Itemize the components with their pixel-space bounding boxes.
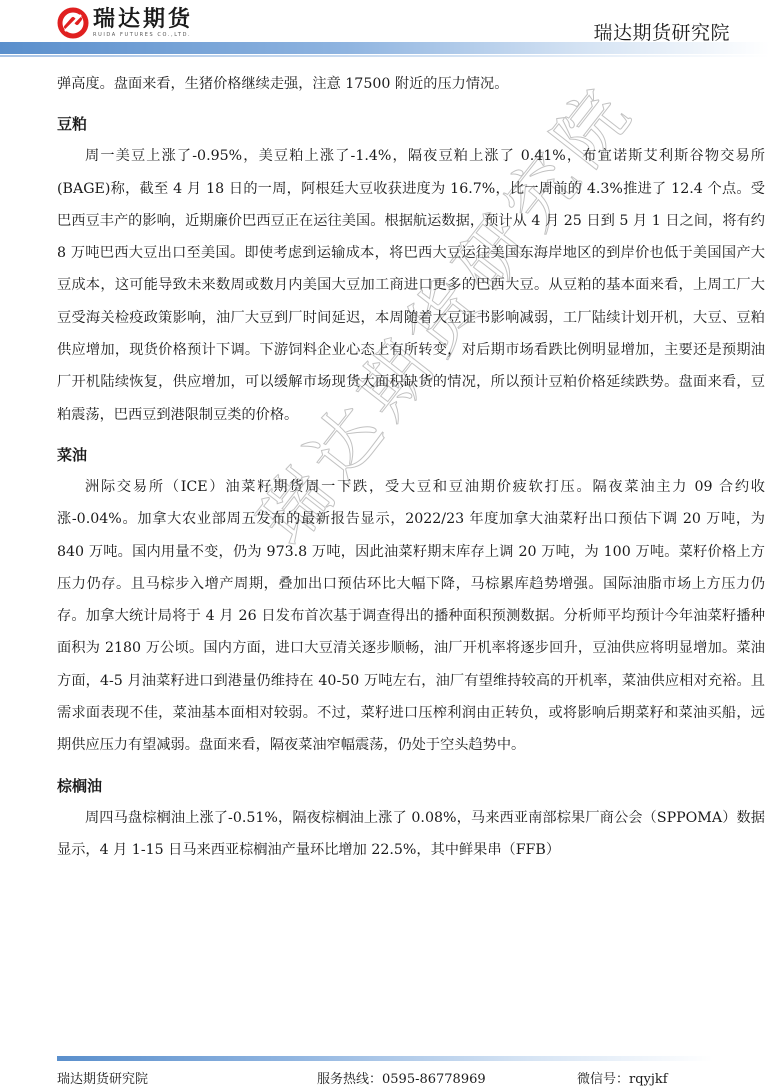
footer-wechat: 微信号：rqyjkf [577, 1068, 668, 1087]
footer-org: 瑞达期货研究院 [57, 1068, 148, 1087]
page-footer: 瑞达期货研究院 服务热线：0595-86778969 微信号：rqyjkf [57, 1068, 713, 1088]
header-title: 瑞达期货研究院 [593, 18, 730, 45]
section-body-rapeseed-oil: 洲际交易所（ICE）油菜籽期货周一下跌，受大豆和豆油期价疲软打压。隔夜菜油主力 … [57, 471, 765, 762]
document-body: 弹高度。盘面来看，生猪价格继续走强，注意 17500 附近的压力情况。 豆粕 周… [57, 68, 765, 866]
section-title-rapeseed-oil: 菜油 [57, 445, 765, 465]
section-body-palm-oil: 周四马盘棕榈油上涨了-0.51%，隔夜棕榈油上涨了 0.08%，马来西亚南部棕果… [57, 802, 765, 867]
section-rapeseed-oil: 菜油 洲际交易所（ICE）油菜籽期货周一下跌，受大豆和豆油期价疲软打压。隔夜菜油… [57, 445, 765, 762]
section-body-soymeal: 周一美豆上涨了-0.95%，美豆粕上涨了-1.4%，隔夜豆粕上涨了 0.41%，… [57, 140, 765, 431]
intro-paragraph: 弹高度。盘面来看，生猪价格继续走强，注意 17500 附近的压力情况。 [57, 68, 765, 100]
page-header: 瑞达期货 RUIDA FUTURES CO.,LTD. 瑞达期货研究院 [0, 0, 770, 60]
section-palm-oil: 棕榈油 周四马盘棕榈油上涨了-0.51%，隔夜棕榈油上涨了 0.08%，马来西亚… [57, 776, 765, 867]
section-title-palm-oil: 棕榈油 [57, 776, 765, 796]
footer-divider-bar [57, 1056, 713, 1061]
header-divider-thin [0, 55, 770, 57]
ruida-logo-icon [57, 7, 89, 39]
header-divider-bar [0, 42, 770, 54]
footer-hotline: 服务热线：0595-86778969 [317, 1068, 486, 1087]
section-title-soymeal: 豆粕 [57, 114, 765, 134]
company-logo: 瑞达期货 RUIDA FUTURES CO.,LTD. [57, 5, 193, 41]
logo-english-name: RUIDA FUTURES CO.,LTD. [93, 32, 193, 39]
section-soymeal: 豆粕 周一美豆上涨了-0.95%，美豆粕上涨了-1.4%，隔夜豆粕上涨了 0.4… [57, 114, 765, 431]
logo-chinese-name: 瑞达期货 [93, 8, 193, 32]
